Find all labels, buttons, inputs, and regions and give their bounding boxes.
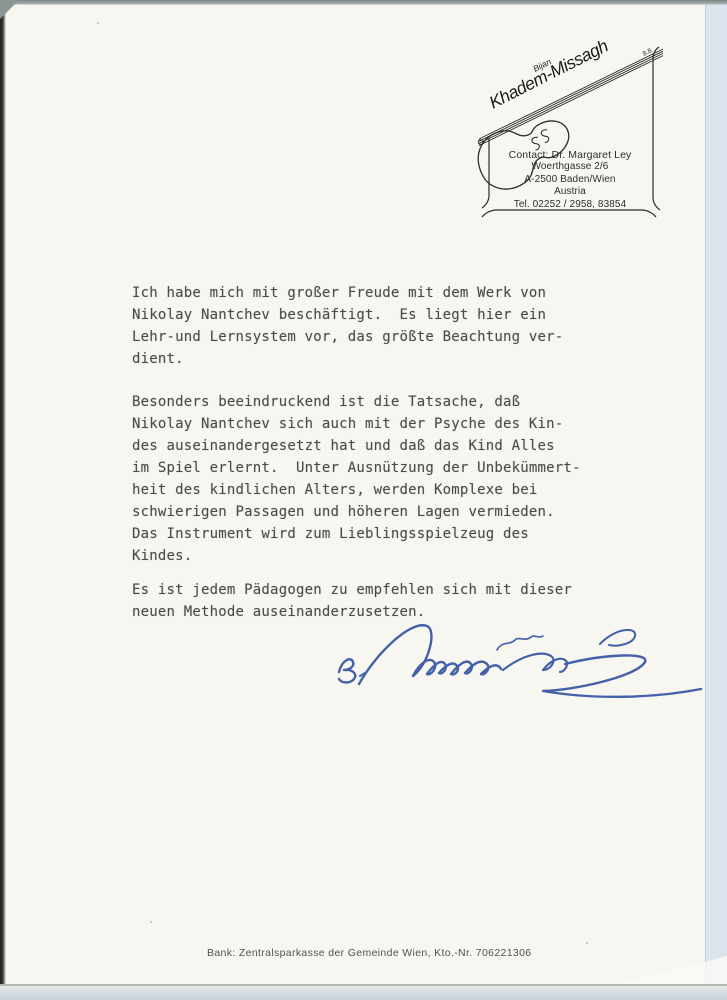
page-corner-cut <box>0 0 19 19</box>
contact-block: Contact: Dr. Margaret Ley Woerthgasse 2/… <box>489 149 651 211</box>
scan-speck <box>586 942 588 944</box>
scan-speck <box>150 921 152 923</box>
contact-country: Austria <box>489 186 651 198</box>
signature-initial-B <box>339 659 355 682</box>
scanned-letter-page: Bijan Khadem-Missagh 8.8. Contact: Dr. M… <box>0 0 727 1000</box>
signature-superscript <box>497 636 543 650</box>
bank-footer: Bank: Zentralsparkasse der Gemeinde Wien… <box>207 947 532 959</box>
signature-mid-loops <box>503 654 567 672</box>
signature-top-flourish <box>600 630 635 646</box>
letter-paragraph-1: Ich habe mich mit großer Freude mit dem … <box>132 282 563 370</box>
letterhead-last-name: Khadem-Missagh <box>486 35 611 112</box>
signature <box>315 612 710 712</box>
contact-city: A-2500 Baden/Wien <box>489 174 651 186</box>
scan-speck <box>97 22 99 24</box>
letter-paragraph-2: Besonders beeindruckend ist die Tatsache… <box>132 391 581 567</box>
scan-bottom-edge <box>0 984 727 1000</box>
scan-left-edge <box>0 0 6 1000</box>
f-hole-curl <box>540 129 552 143</box>
scan-top-edge <box>0 0 727 5</box>
contact-street: Woerthgasse 2/6 <box>489 161 651 173</box>
letterhead: Bijan Khadem-Missagh 8.8. Contact: Dr. M… <box>485 45 660 217</box>
signature-main-scrawl <box>359 625 501 684</box>
scan-right-margin <box>705 0 727 1000</box>
contact-phone: Tel. 02252 / 2958, 83854 <box>489 199 651 211</box>
contact-person: Contact: Dr. Margaret Ley <box>489 149 651 161</box>
